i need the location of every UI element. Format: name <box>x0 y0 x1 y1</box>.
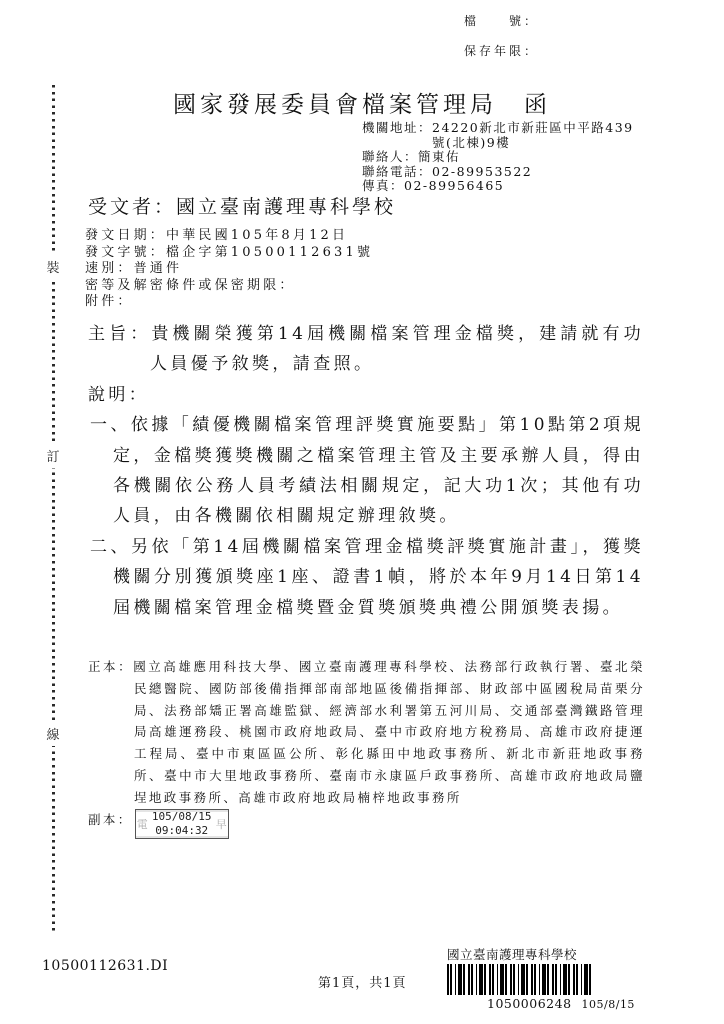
copy-recipients: 副本：電早105/08/1509:04:32 <box>88 809 645 839</box>
file-number-label: 檔 號： <box>464 12 539 29</box>
item-2-text: 另依「第14屆機關檔案管理金檔獎評獎實施計畫」，獲獎機關分別獲頒獎座1座、證書1… <box>113 537 644 618</box>
barcode-number: 1050006248 <box>487 996 572 1011</box>
document-title: 國家發展委員會檔案管理局 函 <box>0 86 724 119</box>
copy-label: 副本： <box>88 812 133 827</box>
original-recipients: 正本：國立高雄應用科技大學、國立臺南護理專科學校、法務部行政執行署、臺北榮民總醫… <box>88 656 645 809</box>
binding-mark-xian: 線 <box>44 721 62 746</box>
binding-mark-zhuang: 裝 <box>44 254 62 279</box>
main-body: 主旨：貴機關榮獲第14屆機關檔案管理金檔獎，建請就有功人員優予敘獎，請查照。 說… <box>88 319 644 623</box>
original-label: 正本： <box>88 659 133 674</box>
barcode-date: 105/8/15 <box>582 998 635 1011</box>
barcode-icon <box>447 964 592 995</box>
description-label: 說明： <box>88 380 644 410</box>
speed-class-line: 速別：普通件 <box>85 261 373 278</box>
issue-number-line: 發文字號：檔企字第10500112631號 <box>85 245 373 262</box>
item-1-marker: 一、 <box>90 415 131 435</box>
stamp-time: 09:04:32 <box>155 824 208 837</box>
subject-paragraph: 主旨：貴機關榮獲第14屆機關檔案管理金檔獎，建請就有功人員優予敘獎，請查照。 <box>88 319 644 380</box>
barcode-school-name: 國立臺南護理專科學校 <box>447 945 622 963</box>
retention-period-label: 保存年限： <box>464 42 539 59</box>
stamp-date: 105/08/15 <box>152 810 212 823</box>
sender-address-line1: 機關地址：24220新北市新莊區中平路439 <box>362 121 634 136</box>
issue-date-line: 發文日期：中華民國105年8月12日 <box>85 228 373 245</box>
original-list: 國立高雄應用科技大學、國立臺南護理專科學校、法務部行政執行署、臺北榮民總醫院、國… <box>133 659 645 805</box>
description-item-2: 二、另依「第14屆機關檔案管理金檔獎評獎實施計畫」，獲獎機關分別獲頒獎座1座、證… <box>88 532 644 623</box>
item-1-text: 依據「績優機關檔案管理評獎實施要點」第10點第2項規定，金檔獎獲獎機關之檔案管理… <box>113 415 644 526</box>
sender-phone: 聯絡電話：02-89953522 <box>362 165 634 180</box>
binding-mark-ding: 訂 <box>44 443 62 468</box>
description-item-1: 一、依據「績優機關檔案管理評獎實施要點」第10點第2項規定，金檔獎獲獎機關之檔案… <box>88 410 644 532</box>
subject-label: 主旨： <box>88 324 151 344</box>
barcode-numbers: 1050006248105/8/15 <box>447 996 622 1011</box>
binding-dotted-line <box>52 85 55 935</box>
attachment-line: 附件： <box>85 294 373 311</box>
barcode-block: 國立臺南護理專科學校 1050006248105/8/15 <box>447 945 622 1011</box>
sender-contact: 聯絡人：簡東佑 <box>362 150 634 165</box>
stamp-ghost-right: 早 <box>216 818 227 832</box>
document-id: 10500112631.DI <box>42 958 168 974</box>
security-class-line: 密等及解密條件或保密期限： <box>85 278 373 295</box>
page-number-info: 第1頁，共1頁 <box>318 972 407 991</box>
received-stamp: 電早105/08/1509:04:32 <box>135 809 229 839</box>
document-page: { "doc": { "corner": { "file_number_labe… <box>0 0 724 1024</box>
subject-text: 貴機關榮獲第14屆機關檔案管理金檔獎，建請就有功人員優予敘獎，請查照。 <box>150 324 644 374</box>
stamp-ghost-left: 電 <box>137 818 148 832</box>
sender-info-block: 機關地址：24220新北市新莊區中平路439 號(北棟)9樓 聯絡人：簡東佑 聯… <box>362 121 634 194</box>
item-2-marker: 二、 <box>90 537 131 557</box>
document-meta-block: 發文日期：中華民國105年8月12日 發文字號：檔企字第10500112631號… <box>85 228 373 311</box>
sender-fax: 傳真：02-89956465 <box>362 179 634 194</box>
corner-labels: 檔 號： 保存年限： <box>464 12 539 72</box>
sender-address-line2: 號(北棟)9樓 <box>362 136 634 151</box>
distribution-block: 正本：國立高雄應用科技大學、國立臺南護理專科學校、法務部行政執行署、臺北榮民總醫… <box>88 656 645 839</box>
recipient-line: 受文者：國立臺南護理專科學校 <box>88 192 396 219</box>
